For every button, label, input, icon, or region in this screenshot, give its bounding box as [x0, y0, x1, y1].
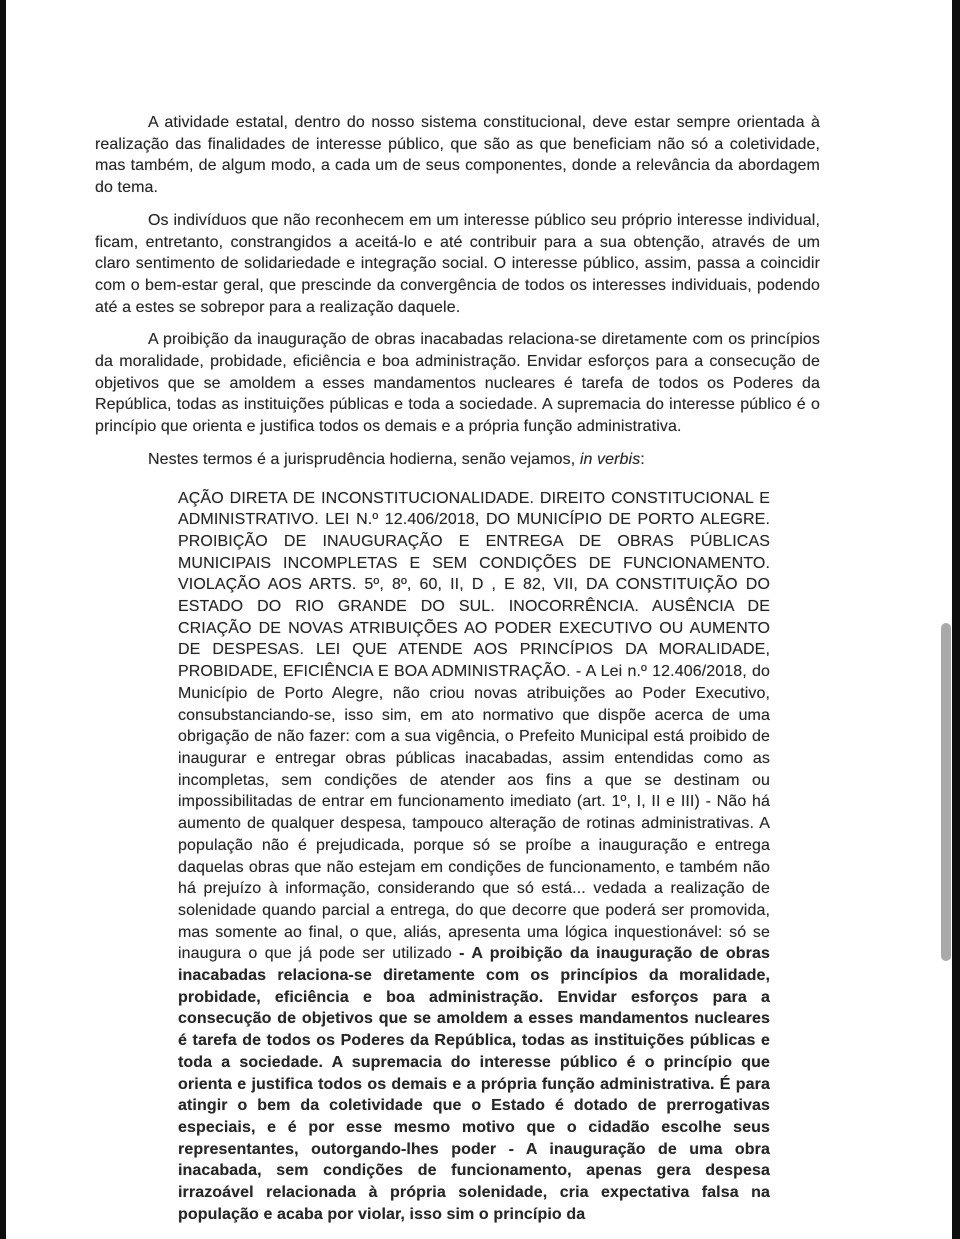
scrollbar-thumb[interactable] — [941, 623, 951, 961]
court-decision-quote-regular-text: AÇÃO DIRETA DE INCONSTITUCIONALIDADE. DI… — [178, 490, 770, 963]
viewer-left-edge — [0, 0, 6, 1239]
jurisprudence-intro-colon: : — [640, 451, 645, 468]
court-decision-quote-bold-text: - A proibição da inauguração de obras in… — [178, 945, 770, 1222]
paragraph-individuals-public-interest: Os indivíduos que não reconhecem em um i… — [95, 210, 820, 319]
viewer-right-edge — [952, 0, 960, 1239]
paragraph-state-activity: A atividade estatal, dentro do nosso sis… — [95, 112, 820, 199]
paragraph-prohibition-principles: A proibição da inauguração de obras inac… — [95, 329, 820, 438]
document-page: A atividade estatal, dentro do nosso sis… — [95, 112, 820, 1225]
paragraph-jurisprudence-intro: Nestes termos é a jurisprudência hodiern… — [95, 449, 820, 471]
jurisprudence-intro-latin-term: in verbis — [580, 451, 640, 468]
jurisprudence-intro-text: Nestes termos é a jurisprudência hodiern… — [148, 451, 580, 468]
court-decision-quote: AÇÃO DIRETA DE INCONSTITUCIONALIDADE. DI… — [178, 488, 770, 1226]
